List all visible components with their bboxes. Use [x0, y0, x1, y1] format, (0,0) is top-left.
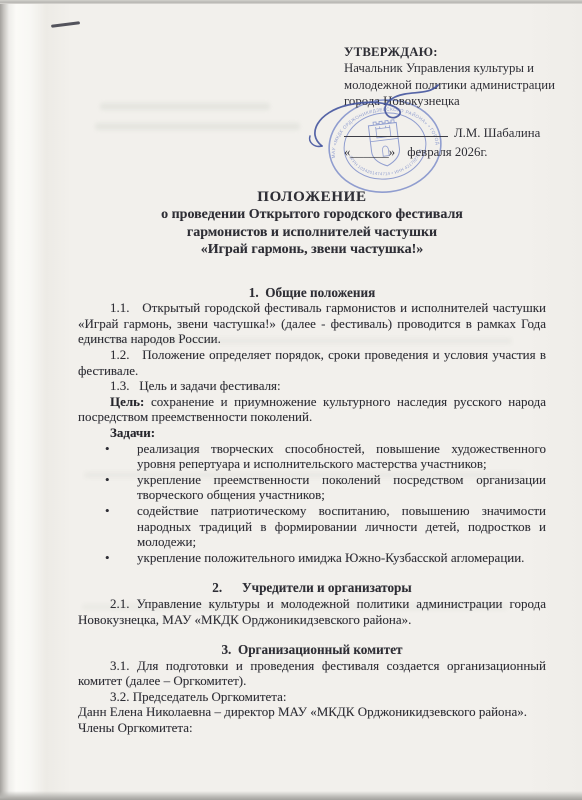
tasks-label-paragraph: Задачи: — [78, 425, 546, 441]
list-item: укрепление положительного имиджа Южно-Ку… — [78, 550, 546, 566]
paragraph-1-1: 1.1. Открытый городской фестиваль гармон… — [78, 300, 546, 347]
title-line: о проведении Открытого городского фестив… — [78, 206, 546, 223]
section-heading-2: 2. Учредители и организаторы — [78, 580, 546, 596]
paragraph-3-1: 3.1. Для подготовки и проведения фестива… — [78, 658, 546, 689]
tasks-list: реализация творческих способностей, повы… — [78, 441, 546, 566]
goal-label: Цель: — [110, 394, 144, 409]
approval-label: УТВЕРЖДАЮ: — [344, 44, 568, 60]
paragraph-3-2: 3.2. Председатель Оргкомитета: — [78, 689, 546, 705]
paragraph-1-2: 1.2. Положение определяет порядок, сроки… — [78, 347, 546, 378]
scanned-document-page: МАУ «МКДК ОРДЖОНИКИДЗЕВСКОГО РАЙОНА» • Г… — [0, 0, 582, 800]
title-line: ПОЛОЖЕНИЕ — [78, 189, 546, 206]
section-heading-3: 3. Организационный комитет — [78, 642, 546, 658]
title-line: «Играй гармонь, звени частушка!» — [78, 241, 546, 258]
section-heading-1: 1. Общие положения — [78, 285, 546, 301]
signature-scribble — [298, 80, 450, 152]
scan-edge-bottom — [0, 791, 582, 800]
title-line: гармонистов и исполнителей частушки — [78, 224, 546, 241]
approver-name: Л.М. Шабалина — [454, 126, 540, 140]
document-title: ПОЛОЖЕНИЕ о проведении Открытого городск… — [78, 189, 546, 259]
approver-title-line: Начальник Управления культуры и — [344, 60, 568, 76]
goal-paragraph: Цель: сохранение и приумножение культурн… — [78, 394, 546, 425]
list-item: реализация творческих способностей, повы… — [78, 441, 546, 472]
list-item: содействие патриотическому воспитанию, п… — [78, 503, 546, 550]
paragraph-1-3: 1.3. Цель и задачи фестиваля: — [78, 378, 546, 394]
chair-line: Данн Елена Николаевна – директор МАУ «МК… — [78, 704, 546, 720]
tasks-label: Задачи: — [110, 425, 155, 440]
goal-text: сохранение и приумножение культурного на… — [78, 394, 546, 425]
paragraph-2-1: 2.1. Управление культуры и молодежной по… — [78, 596, 546, 627]
members-line: Члены Оргкомитета: — [78, 720, 546, 736]
list-item: укрепление преемственности поколений пос… — [78, 472, 546, 503]
